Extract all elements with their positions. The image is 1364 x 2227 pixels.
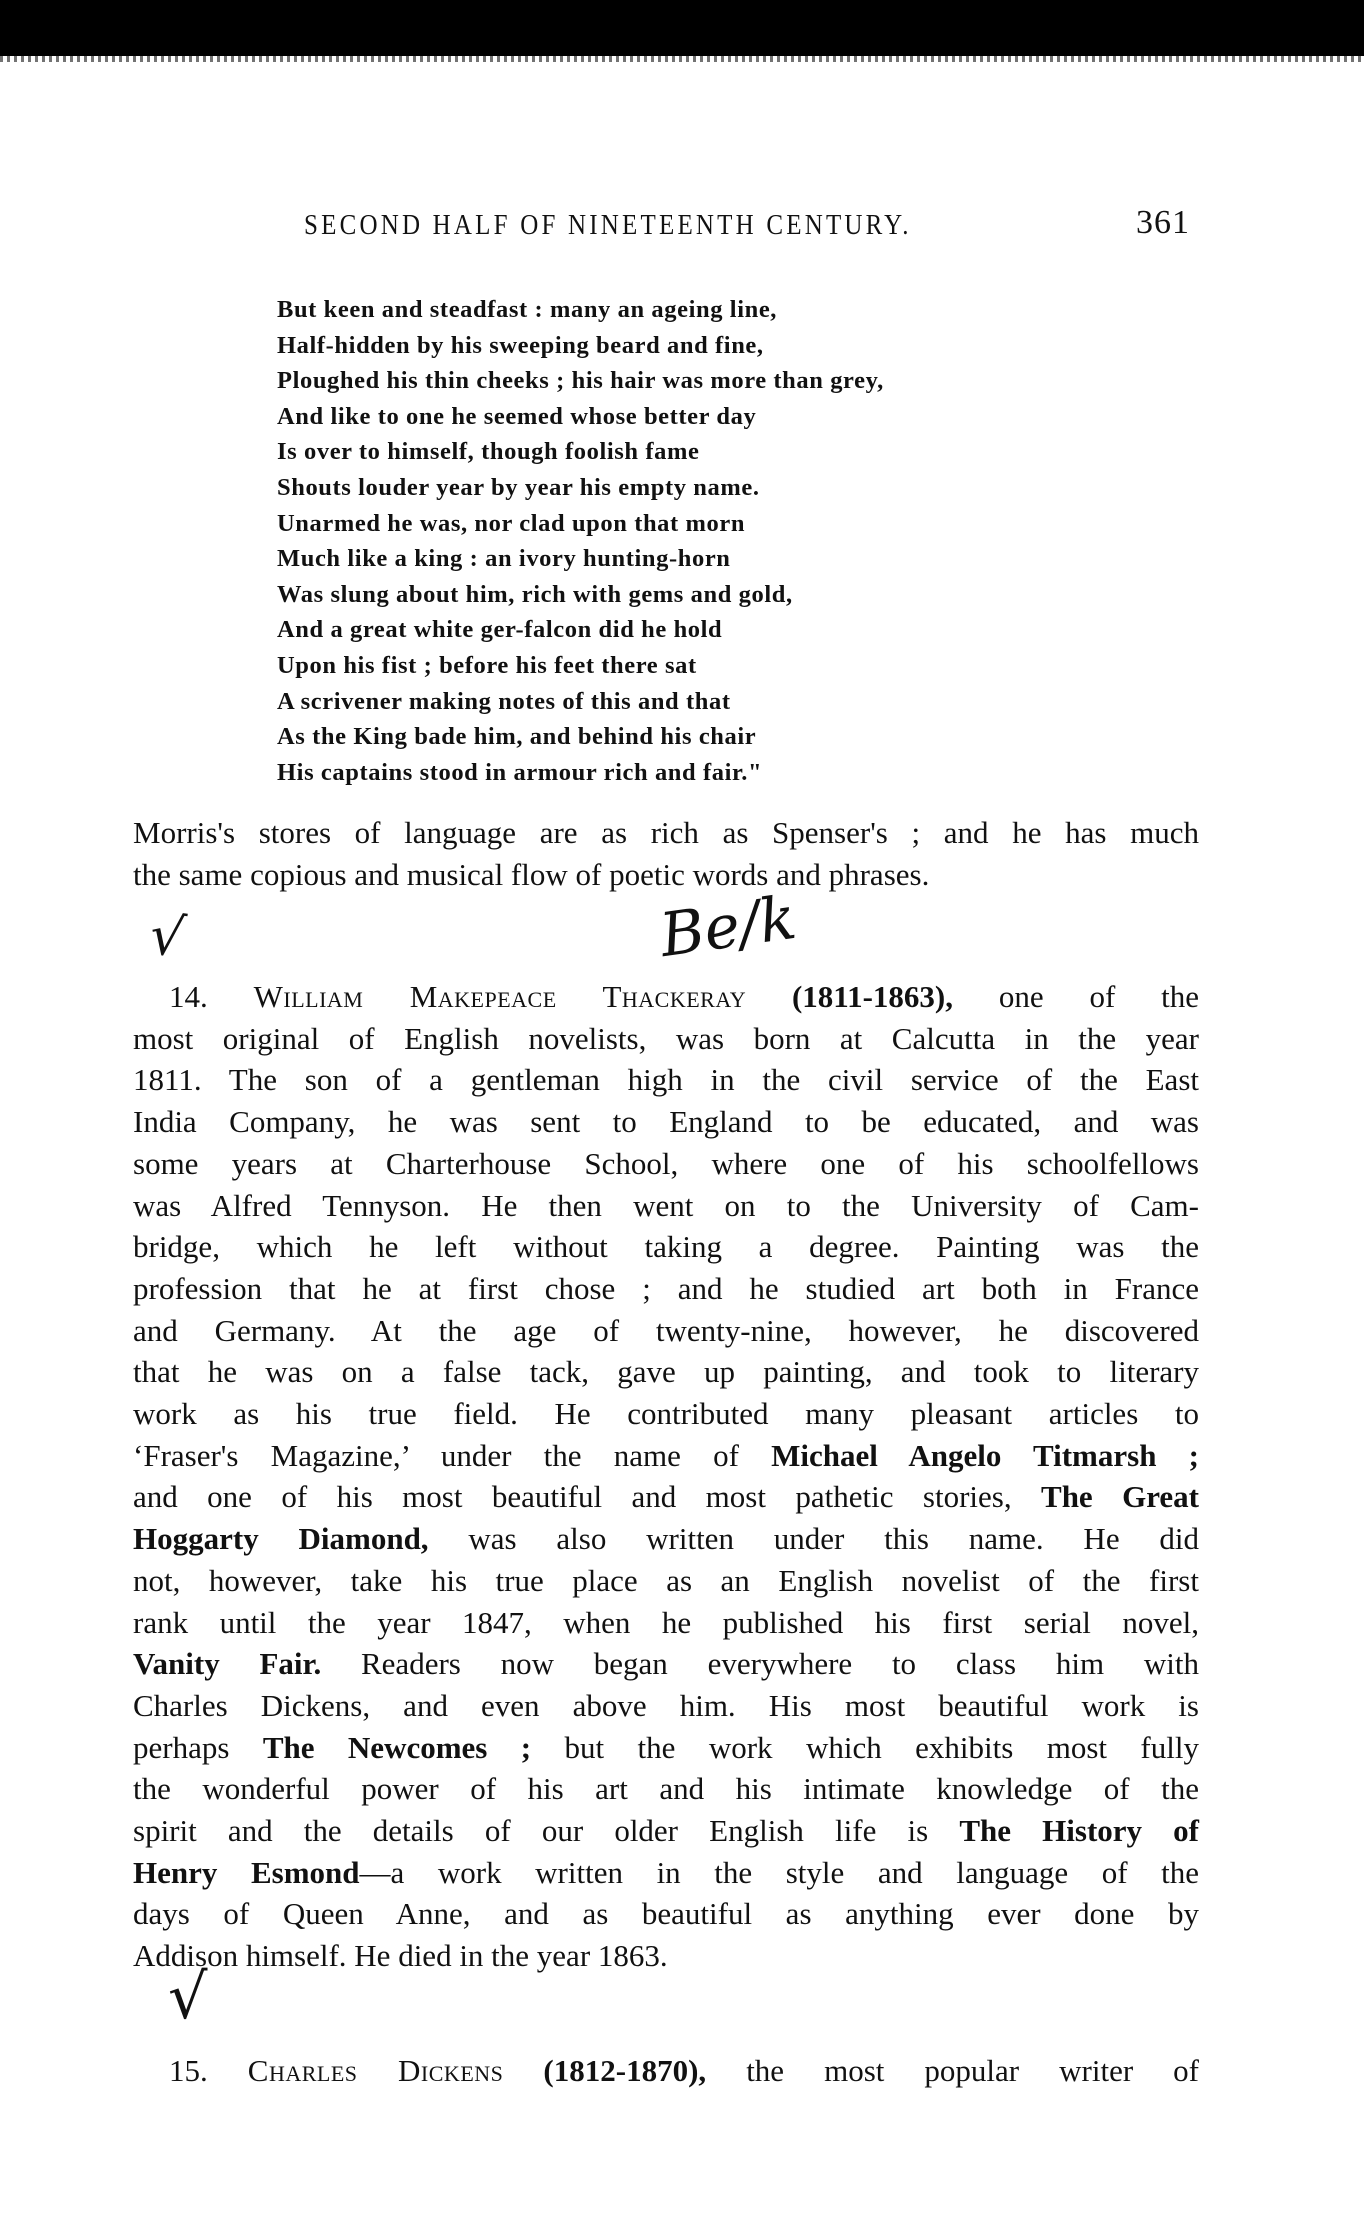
poem-line: Shouts louder year by year his empty nam… bbox=[277, 470, 1077, 506]
author-dates: (1812-1870), bbox=[543, 2053, 706, 2088]
text-run: most original of English novelists, was … bbox=[133, 1021, 1199, 1056]
paragraph-line: was Alfred Tennyson. He then went on to … bbox=[133, 1185, 1199, 1227]
bold-title: Vanity Fair. bbox=[133, 1646, 321, 1681]
poem-line: And like to one he seemed whose better d… bbox=[277, 399, 1077, 435]
paragraph-line: and one of his most beautiful and most p… bbox=[133, 1476, 1199, 1518]
text-run: spirit and the details of our older Engl… bbox=[133, 1813, 959, 1848]
paragraph-line: the same copious and musical flow of poe… bbox=[133, 854, 1199, 896]
section-15-dickens: 15. Charles Dickens (1812-1870), the mos… bbox=[133, 2050, 1199, 2092]
paragraph-line: profession that he at first chose ; and … bbox=[133, 1268, 1199, 1310]
paragraph-line: work as his true field. He contributed m… bbox=[133, 1393, 1199, 1435]
text-run: but the work which exhibits most fully bbox=[531, 1730, 1199, 1765]
paragraph-line: that he was on a false tack, gave up pai… bbox=[133, 1351, 1199, 1393]
text-run: some years at Charterhouse School, where… bbox=[133, 1146, 1199, 1181]
author-dates: (1811-1863), bbox=[792, 979, 953, 1014]
paragraph-line: spirit and the details of our older Engl… bbox=[133, 1810, 1199, 1852]
poem-line: Was slung about him, rich with gems and … bbox=[277, 577, 1077, 613]
paragraph-line: bridge, which he left without taking a d… bbox=[133, 1226, 1199, 1268]
text-run: Charles Dickens, and even above him. His… bbox=[133, 1688, 1199, 1723]
text-run: —a work written in the style and languag… bbox=[360, 1855, 1199, 1890]
text-run: that he was on a false tack, gave up pai… bbox=[133, 1354, 1199, 1389]
bold-title: The Great bbox=[1041, 1479, 1199, 1514]
text-run: perhaps bbox=[133, 1730, 263, 1765]
bold-title: The History of bbox=[959, 1813, 1199, 1848]
text-run: bridge, which he left without taking a d… bbox=[133, 1229, 1199, 1264]
text-run: was Alfred Tennyson. He then went on to … bbox=[133, 1188, 1199, 1223]
text-run: ‘Fraser's Magazine,’ under the name of bbox=[133, 1438, 771, 1473]
paragraph-line: some years at Charterhouse School, where… bbox=[133, 1143, 1199, 1185]
text-run: days of Queen Anne, and as beautiful as … bbox=[133, 1896, 1199, 1931]
paragraph-line: Morris's stores of language are as rich … bbox=[133, 812, 1199, 854]
morris-paragraph: Morris's stores of language are as rich … bbox=[133, 812, 1199, 895]
poem-line: Unarmed he was, nor clad upon that morn bbox=[277, 506, 1077, 542]
text-run: and Germany. At the age of twenty-nine, … bbox=[133, 1313, 1199, 1348]
poem-line: Is over to himself, though foolish fame bbox=[277, 434, 1077, 470]
poem-line: Upon his fist ; before his feet there sa… bbox=[277, 648, 1077, 684]
paragraph-line: most original of English novelists, was … bbox=[133, 1018, 1199, 1060]
paragraph-line: days of Queen Anne, and as beautiful as … bbox=[133, 1893, 1199, 1935]
section-number: 15. bbox=[169, 2053, 208, 2088]
paragraph-line: 1811. The son of a gentleman high in the… bbox=[133, 1059, 1199, 1101]
poem-line: Ploughed his thin cheeks ; his hair was … bbox=[277, 363, 1077, 399]
paragraph-line: perhaps The Newcomes ; but the work whic… bbox=[133, 1727, 1199, 1769]
section-heading-line: 15. Charles Dickens (1812-1870), the mos… bbox=[133, 2050, 1199, 2092]
text-run: 1811. The son of a gentleman high in the… bbox=[133, 1062, 1199, 1097]
paragraph-line: Henry Esmond—a work written in the style… bbox=[133, 1852, 1199, 1894]
page-number: 361 bbox=[1136, 204, 1190, 242]
paragraph-line: and Germany. At the age of twenty-nine, … bbox=[133, 1310, 1199, 1352]
section-number: 14. bbox=[169, 979, 208, 1014]
author-name: William Makepeace Thackeray bbox=[254, 979, 746, 1014]
paragraph-line: Addison himself. He died in the year 186… bbox=[133, 1935, 1199, 1977]
text-run: Addison himself. He died in the year 186… bbox=[133, 1938, 668, 1973]
text-run: Readers now began everywhere to class hi… bbox=[321, 1646, 1199, 1681]
author-name: Charles Dickens bbox=[248, 2053, 504, 2088]
paragraph-line: India Company, he was sent to England to… bbox=[133, 1101, 1199, 1143]
text-run: not, however, take his true place as an … bbox=[133, 1563, 1199, 1598]
poem-line: Much like a king : an ivory hunting-horn bbox=[277, 541, 1077, 577]
text-run: work as his true field. He contributed m… bbox=[133, 1396, 1199, 1431]
paragraph-line: ‘Fraser's Magazine,’ under the name of M… bbox=[133, 1435, 1199, 1477]
paragraph-line: the wonderful power of his art and his i… bbox=[133, 1768, 1199, 1810]
text-run: one of the bbox=[999, 979, 1199, 1014]
bold-title: Michael Angelo Titmarsh ; bbox=[771, 1438, 1199, 1473]
paragraph-line: Vanity Fair. Readers now began everywher… bbox=[133, 1643, 1199, 1685]
text-run: India Company, he was sent to England to… bbox=[133, 1104, 1199, 1139]
poem-line: A scrivener making notes of this and tha… bbox=[277, 684, 1077, 720]
bold-title: The Newcomes ; bbox=[263, 1730, 531, 1765]
running-head-title: SECOND HALF OF NINETEENTH CENTURY. bbox=[304, 210, 912, 242]
handwritten-annotation: Be/k bbox=[656, 883, 801, 971]
checkmark-annotation: √ bbox=[168, 1960, 208, 2033]
paragraph-line: Hoggarty Diamond, was also written under… bbox=[133, 1518, 1199, 1560]
bold-title: Henry Esmond bbox=[133, 1855, 360, 1890]
poem-line: As the King bade him, and behind his cha… bbox=[277, 719, 1077, 755]
text-run: profession that he at first chose ; and … bbox=[133, 1271, 1199, 1306]
poem-line: Half-hidden by his sweeping beard and fi… bbox=[277, 328, 1077, 364]
running-head: SECOND HALF OF NINETEENTH CENTURY. 361 bbox=[304, 208, 1204, 248]
text-run: the wonderful power of his art and his i… bbox=[133, 1771, 1199, 1806]
scan-edge-black-band bbox=[0, 0, 1364, 56]
text-run: rank until the year 1847, when he publis… bbox=[133, 1605, 1199, 1640]
section-14-thackeray: 14. William Makepeace Thackeray (1811-18… bbox=[133, 976, 1199, 1977]
text-run: and one of his most beautiful and most p… bbox=[133, 1479, 1041, 1514]
poem-quotation: But keen and steadfast : many an ageing … bbox=[277, 292, 1077, 790]
poem-line: But keen and steadfast : many an ageing … bbox=[277, 292, 1077, 328]
paragraph-line: rank until the year 1847, when he publis… bbox=[133, 1602, 1199, 1644]
section-heading-line: 14. William Makepeace Thackeray (1811-18… bbox=[133, 976, 1199, 1018]
poem-line: His captains stood in armour rich and fa… bbox=[277, 755, 1077, 791]
paragraph-line: Charles Dickens, and even above him. His… bbox=[133, 1685, 1199, 1727]
checkmark-annotation: √ bbox=[146, 903, 189, 970]
poem-line: And a great white ger-falcon did he hold bbox=[277, 612, 1077, 648]
bold-title: Hoggarty Diamond, bbox=[133, 1521, 429, 1556]
section-text: the most popular writer of bbox=[746, 2053, 1199, 2088]
text-run: was also written under this name. He did bbox=[429, 1521, 1199, 1556]
paragraph-line: not, however, take his true place as an … bbox=[133, 1560, 1199, 1602]
